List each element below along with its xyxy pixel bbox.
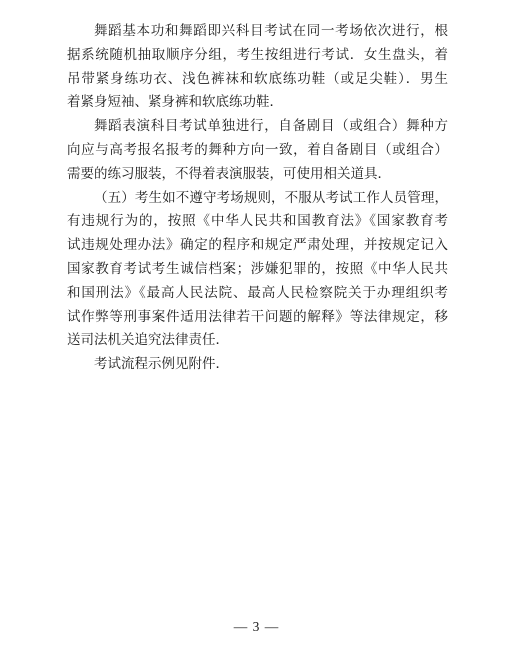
document-body: 舞蹈基本功和舞蹈即兴科目考试在同一考场依次进行，根 据系统随机抽取顺序分组，考生… bbox=[67, 19, 448, 376]
text-line: 国家教育考试考生诚信档案；涉嫌犯罪的，按照《中华人民共 bbox=[67, 257, 448, 281]
text-line: 向应与高考报名报考的舞种方向一致，着自备剧目（或组合） bbox=[67, 138, 448, 162]
text-line: 舞蹈表演科目考试单独进行，自备剧目（或组合）舞种方 bbox=[67, 114, 448, 138]
document-page: 舞蹈基本功和舞蹈即兴科目考试在同一考场依次进行，根 据系统随机抽取顺序分组，考生… bbox=[0, 0, 513, 658]
text-line: 试违规处理办法》确定的程序和规定严肃处理，并按规定记入 bbox=[67, 233, 448, 257]
page-number: — 3 — bbox=[0, 615, 513, 639]
text-line: 舞蹈基本功和舞蹈即兴科目考试在同一考场依次进行，根 bbox=[67, 19, 448, 43]
text-line: 考试流程示例见附件． bbox=[67, 352, 448, 376]
text-line: 试作弊等刑事案件适用法律若干问题的解释》等法律规定，移 bbox=[67, 305, 448, 329]
text-line: 有违规行为的，按照《中华人民共和国教育法》《国家教育考 bbox=[67, 209, 448, 233]
text-line: 和国刑法》《最高人民法院、最高人民检察院关于办理组织考 bbox=[67, 281, 448, 305]
text-line: 需要的练习服装，不得着表演服装，可使用相关道具． bbox=[67, 162, 448, 186]
text-line: 着紧身短袖、紧身裤和软底练功鞋． bbox=[67, 90, 448, 114]
text-line: （五）考生如不遵守考场规则，不服从考试工作人员管理， bbox=[67, 186, 448, 210]
text-line: 吊带紧身练功衣、浅色裤袜和软底练功鞋（或足尖鞋）．男生 bbox=[67, 67, 448, 91]
text-line: 送司法机关追究法律责任． bbox=[67, 328, 448, 352]
text-line: 据系统随机抽取顺序分组，考生按组进行考试．女生盘头，着 bbox=[67, 43, 448, 67]
